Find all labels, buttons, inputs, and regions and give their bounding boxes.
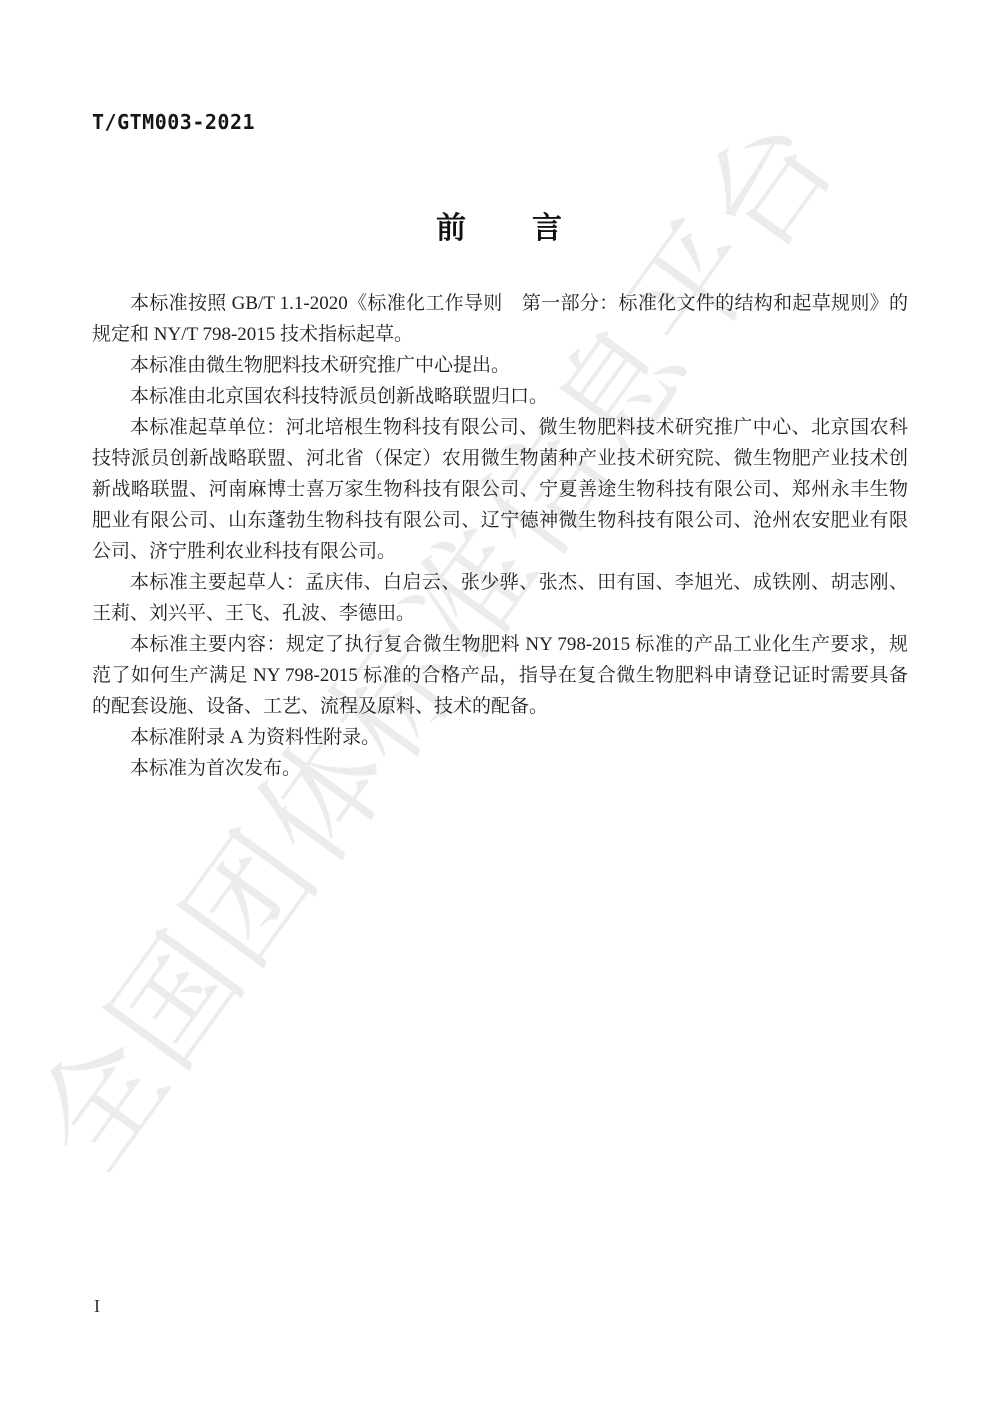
paragraph-main-content: 本标准主要内容：规定了执行复合微生物肥料 NY 798-2015 标准的产品工业… <box>92 629 908 722</box>
page-header: T/GTM003-2021 <box>92 110 255 134</box>
paragraph-appendix-note: 本标准附录 A 为资料性附录。 <box>92 722 908 753</box>
doc-number: T/GTM003-2021 <box>92 110 255 134</box>
paragraph-drafting-organizations: 本标准起草单位：河北培根生物科技有限公司、微生物肥料技术研究推广中心、北京国农科… <box>92 412 908 567</box>
paragraph-main-drafters: 本标准主要起草人：孟庆伟、白启云、张少骅、张杰、田有国、李旭光、成铁刚、胡志刚、… <box>92 567 908 629</box>
page-footer: I <box>94 1296 100 1317</box>
paragraph-standard-basis: 本标准按照 GB/T 1.1-2020《标准化工作导则 第一部分：标准化文件的结… <box>92 288 908 350</box>
page-title: 前 言 <box>0 203 1000 247</box>
paragraph-proposed-by: 本标准由微生物肥料技术研究推广中心提出。 <box>92 350 908 381</box>
paragraph-centralized-by: 本标准由北京国农科技特派员创新战略联盟归口。 <box>92 381 908 412</box>
paragraph-first-release: 本标准为首次发布。 <box>92 753 908 784</box>
document-page: 全国团体标准信息平台 T/GTM003-2021 前 言 本标准按照 GB/T … <box>0 0 1000 1414</box>
foreword-body: 本标准按照 GB/T 1.1-2020《标准化工作导则 第一部分：标准化文件的结… <box>92 288 908 784</box>
page-number: I <box>94 1296 100 1316</box>
